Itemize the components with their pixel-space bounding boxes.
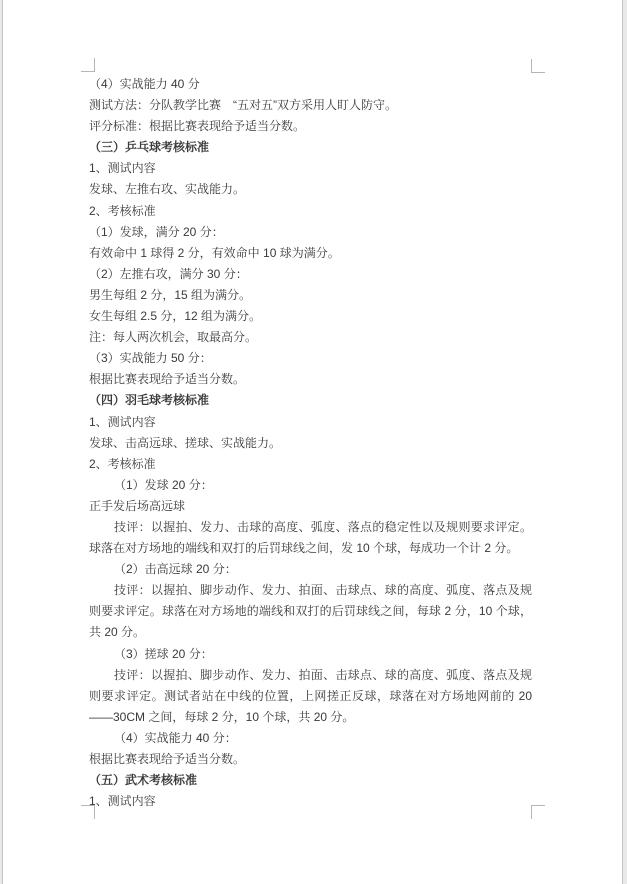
margin-crop-mark-top-left-icon bbox=[81, 58, 95, 72]
paragraph: （3）搓球 20 分： bbox=[89, 644, 532, 665]
paragraph: 评分标准：根据比赛表现给予适当分数。 bbox=[89, 116, 532, 137]
paragraph: 技评：以握拍、脚步动作、发力、拍面、击球点、球的高度、弧度、落点及规则要求评定。… bbox=[89, 580, 532, 643]
paragraph: （1）发球 20 分： bbox=[89, 475, 532, 496]
margin-crop-mark-top-right-icon bbox=[531, 59, 545, 73]
paragraph: 1、测试内容 bbox=[89, 158, 532, 179]
paragraph: （五）武术考核标准 bbox=[89, 770, 532, 791]
paragraph: （2）左推右攻，满分 30 分： bbox=[89, 264, 532, 285]
paragraph: （2）击高远球 20 分： bbox=[89, 559, 532, 580]
margin-crop-mark-bottom-right-icon bbox=[531, 805, 545, 819]
paragraph: 女生每组 2.5 分，12 组为满分。 bbox=[89, 306, 532, 327]
paragraph: 2、考核标准 bbox=[89, 454, 532, 475]
paragraph: 男生每组 2 分，15 组为满分。 bbox=[89, 285, 532, 306]
paragraph: 测试方法：分队教学比赛 “五对五”双方采用人盯人防守。 bbox=[89, 95, 532, 116]
paragraph: 技评：以握拍、发力、击球的高度、弧度、落点的稳定性以及规则要求评定。球落在对方场… bbox=[89, 517, 532, 559]
document-body-text: （4）实战能力 40 分测试方法：分队教学比赛 “五对五”双方采用人盯人防守。评… bbox=[89, 74, 532, 812]
document-page: （4）实战能力 40 分测试方法：分队教学比赛 “五对五”双方采用人盯人防守。评… bbox=[2, 0, 623, 884]
paragraph: （三）乒乓球考核标准 bbox=[89, 137, 532, 158]
paragraph: 正手发后场高远球 bbox=[89, 496, 532, 517]
paragraph: 1、测试内容 bbox=[89, 791, 532, 812]
paragraph: 发球、击高远球、搓球、实战能力。 bbox=[89, 433, 532, 454]
paragraph: 1、测试内容 bbox=[89, 412, 532, 433]
paragraph: 根据比赛表现给予适当分数。 bbox=[89, 369, 532, 390]
paragraph: （4）实战能力 40 分： bbox=[89, 728, 532, 749]
paragraph: 2、考核标准 bbox=[89, 201, 532, 222]
paragraph: 有效命中 1 球得 2 分，有效命中 10 球为满分。 bbox=[89, 243, 532, 264]
paragraph: 注：每人两次机会，取最高分。 bbox=[89, 327, 532, 348]
paragraph: 技评：以握拍、脚步动作、发力、拍面、击球点、球的高度、弧度、落点及规则要求评定。… bbox=[89, 665, 532, 728]
paragraph: （4）实战能力 40 分 bbox=[89, 74, 532, 95]
paragraph: （1）发球，满分 20 分： bbox=[89, 222, 532, 243]
paragraph: 发球、左推右攻、实战能力。 bbox=[89, 179, 532, 200]
paragraph: （3）实战能力 50 分： bbox=[89, 348, 532, 369]
paragraph: （四）羽毛球考核标准 bbox=[89, 390, 532, 411]
paragraph: 根据比赛表现给予适当分数。 bbox=[89, 749, 532, 770]
